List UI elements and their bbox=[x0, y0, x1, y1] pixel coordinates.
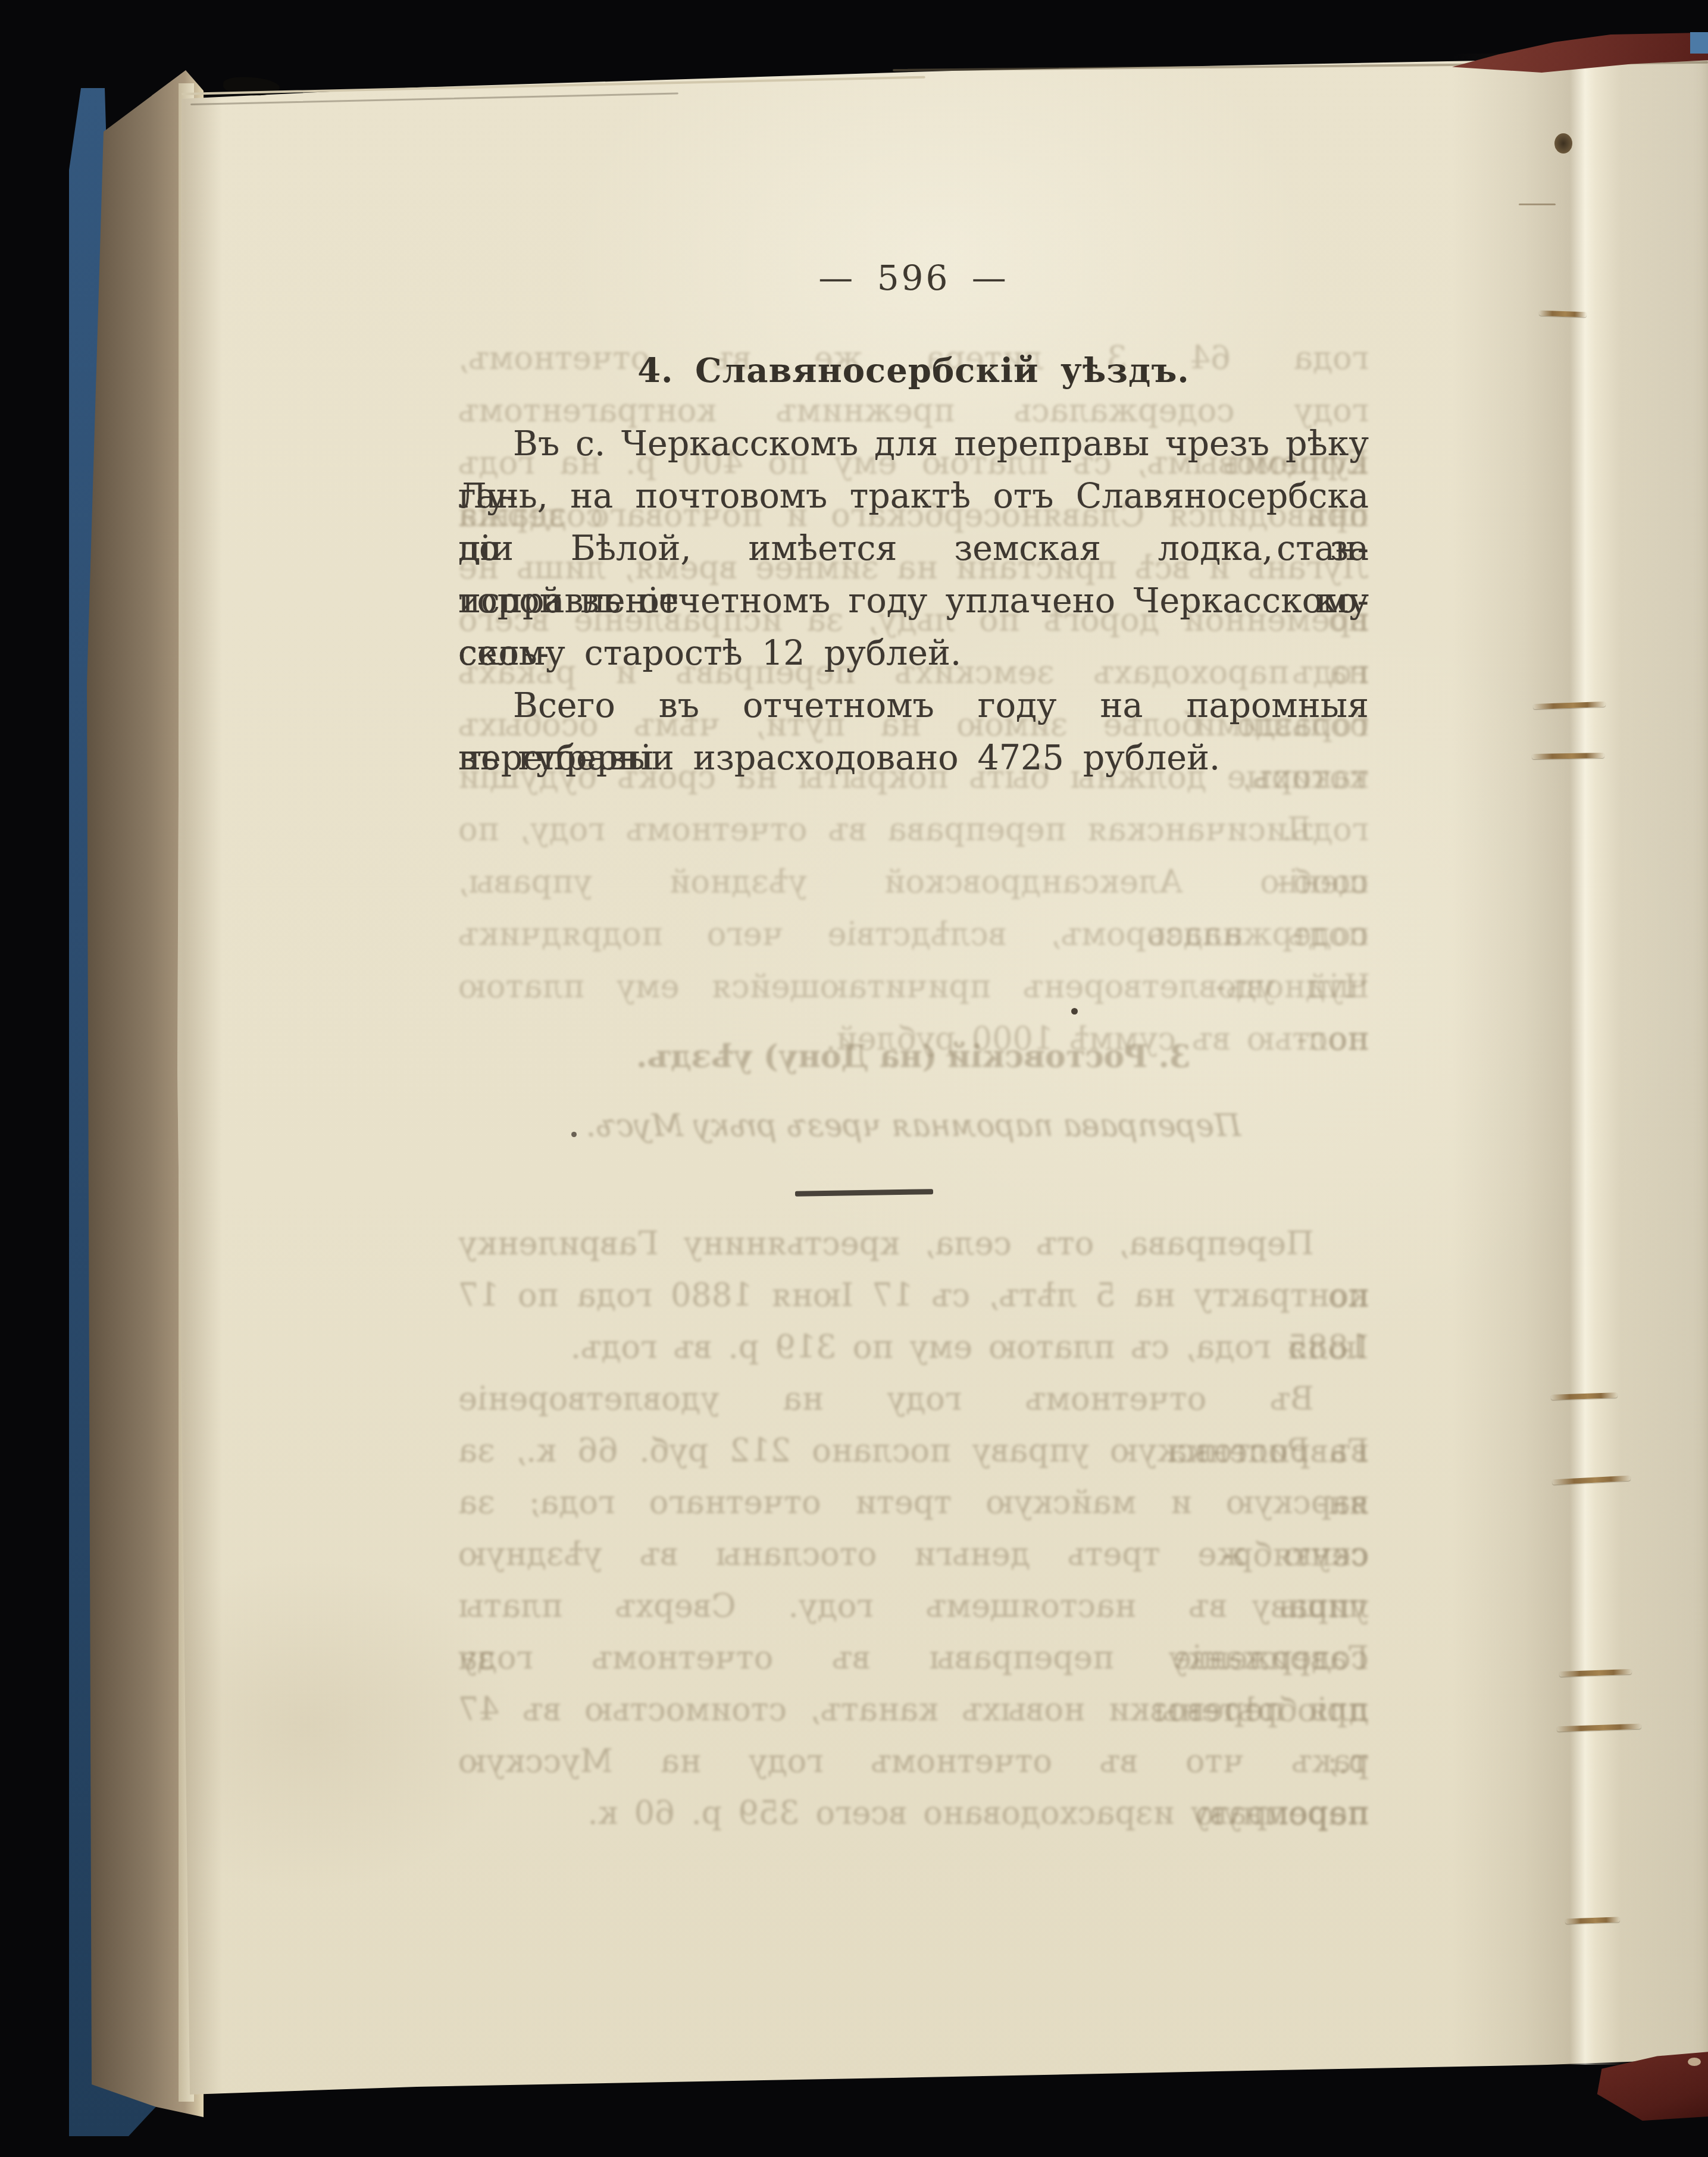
body-text-line: скому старостѣ 12 рублей. bbox=[458, 627, 1369, 680]
ink-speck bbox=[571, 1132, 577, 1137]
body-text-line: ціи Бѣлой, имѣется земская лодка, за исп… bbox=[458, 522, 1369, 575]
ink-speck bbox=[1071, 1008, 1078, 1015]
binding-blot bbox=[1554, 133, 1572, 154]
body-text-line: торой въ отчетномъ году уплачено Черкасс… bbox=[458, 575, 1369, 627]
body-text-line: Всего въ отчетномъ году на паромныя пере… bbox=[458, 680, 1369, 732]
body-text-block: Въ с. Черкасскомъ для переправы чрезъ рѣ… bbox=[458, 0, 1369, 2157]
spine-corner-top-blue bbox=[1690, 32, 1708, 54]
book-scan-photo: года 64 3 литера же въ отчетномъ,году со… bbox=[0, 0, 1708, 2157]
body-text-line: Въ с. Черкасскомъ для переправы чрезъ рѣ… bbox=[458, 418, 1369, 470]
paper-scratch bbox=[1519, 204, 1556, 205]
body-text-line: гань, на почтовомъ трактѣ отъ Славяносер… bbox=[458, 470, 1369, 522]
body-text-line: въ губерніи израсходовано 4725 рублей. bbox=[458, 732, 1369, 784]
paper-fleck bbox=[1688, 2058, 1701, 2066]
